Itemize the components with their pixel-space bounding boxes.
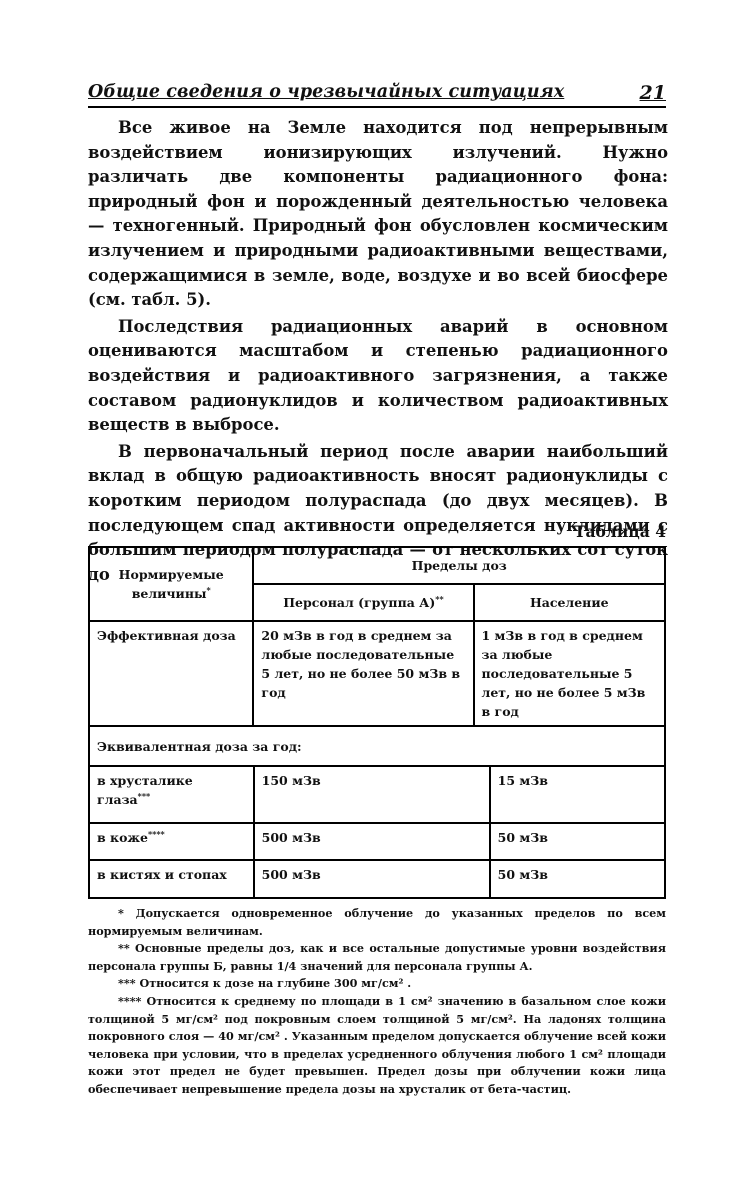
dose-limits-table: Нормируемые величины* Пределы доз Персон…	[88, 546, 666, 767]
footnote: **** Относится к среднему по площади в 1…	[88, 993, 666, 1099]
row-label: в хрусталике глаза***	[89, 766, 254, 823]
footnote: ** Основные пределы доз, как и все остал…	[88, 940, 666, 975]
cell-population: 15 мЗв	[490, 766, 665, 823]
header-personnel: Персонал (группа А)**	[253, 584, 473, 621]
equivalent-dose-table: в хрусталике глаза*** 150 мЗв 15 мЗв в к…	[88, 765, 666, 899]
cell-population: 50 мЗв	[490, 823, 665, 860]
cell-personnel: 500 мЗв	[254, 823, 490, 860]
paragraph: Все живое на Земле находится под непреры…	[88, 116, 668, 313]
body-text: Все живое на Земле находится под непреры…	[88, 116, 668, 587]
table-caption: Таблица 4	[574, 522, 666, 541]
table-row: в кистях и стопах 500 мЗв 50 мЗв	[89, 860, 665, 898]
cell-population: 50 мЗв	[490, 860, 665, 898]
table-row: в хрусталике глаза*** 150 мЗв 15 мЗв	[89, 766, 665, 823]
paragraph: Последствия радиационных аварий в основн…	[88, 315, 668, 438]
page-number: 21	[640, 82, 666, 104]
cell-personnel: 500 мЗв	[254, 860, 490, 898]
running-header: Общие сведения о чрезвычайных ситуациях …	[88, 82, 666, 108]
row-label: в коже****	[89, 823, 254, 860]
equivalent-dose-header: Эквивалентная доза за год:	[89, 726, 665, 766]
row-label: Эффективная доза	[89, 621, 253, 726]
footnotes: * Допускается одновременное облучение до…	[88, 905, 666, 1099]
cell-personnel: 20 мЗв в год в среднем за любые последов…	[253, 621, 473, 726]
cell-population: 1 мЗв в год в среднем за любые последова…	[474, 621, 666, 726]
header-dose-limits: Пределы доз	[253, 547, 665, 584]
table-row: в коже**** 500 мЗв 50 мЗв	[89, 823, 665, 860]
table-row: Эффективная доза 20 мЗв в год в среднем …	[89, 621, 665, 726]
footnote: * Допускается одновременное облучение до…	[88, 905, 666, 940]
header-quantities: Нормируемые величины*	[89, 547, 253, 621]
footnote: *** Относится к дозе на глубине 300 мг/с…	[88, 975, 666, 993]
row-label: в кистях и стопах	[89, 860, 254, 898]
running-title: Общие сведения о чрезвычайных ситуациях	[88, 82, 564, 102]
header-population: Население	[474, 584, 666, 621]
cell-personnel: 150 мЗв	[254, 766, 490, 823]
